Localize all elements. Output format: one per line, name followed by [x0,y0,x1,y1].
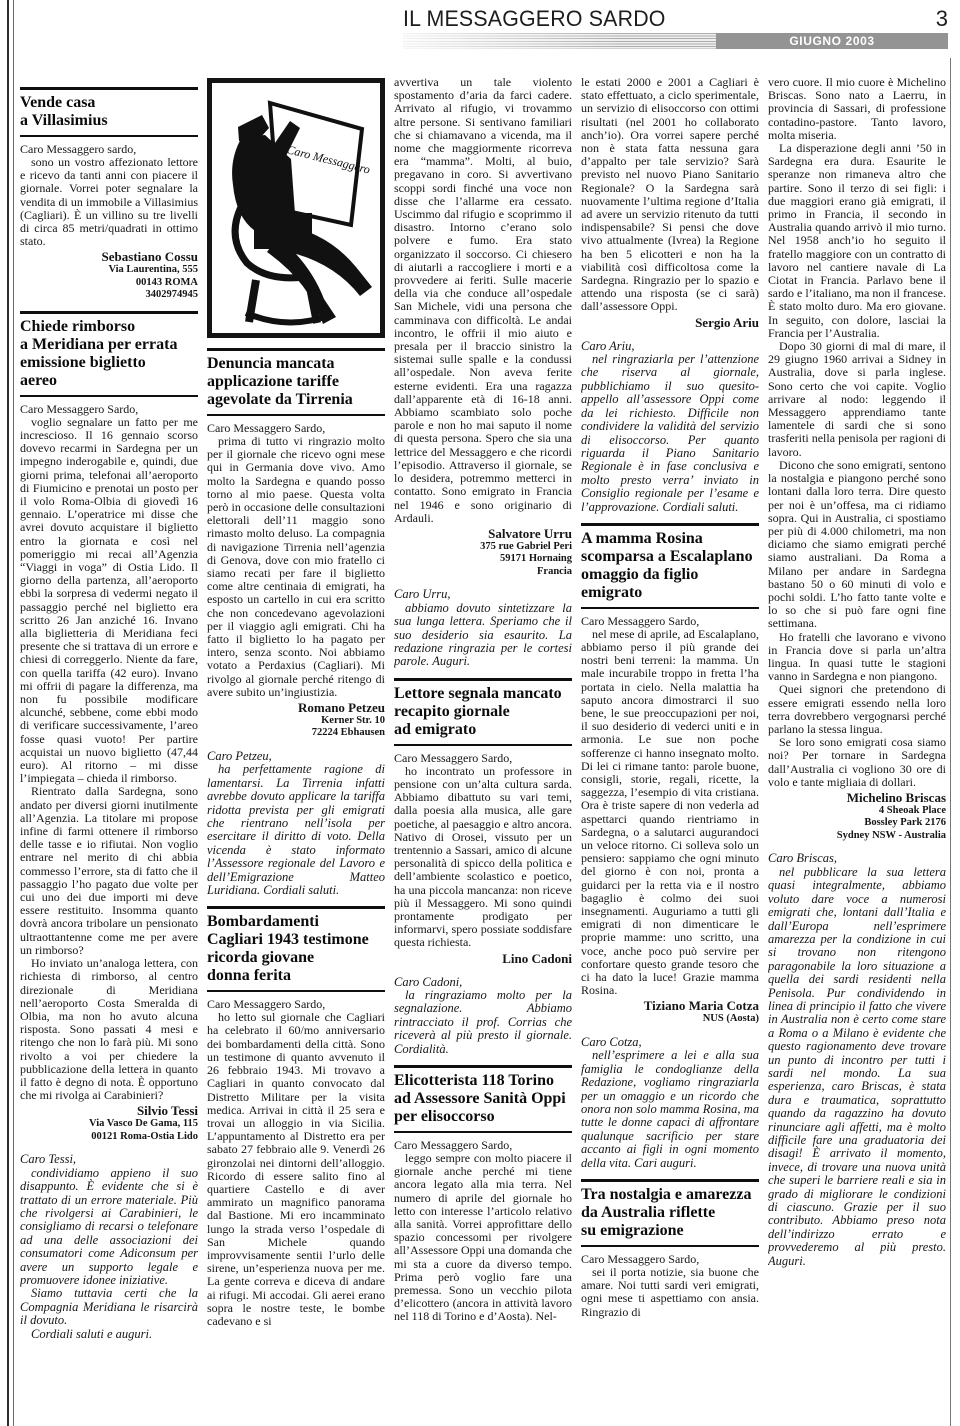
newspaper-column-1: Vende casa a VillasimiusCaro Messaggero … [20,76,198,1426]
editor-reply: Caro Tessi,condividiamo appieno il suo d… [20,1153,198,1341]
letter-paragraph: La disperazione degli anni ’50 in Sardeg… [768,142,946,340]
letter-body-continued: le estati 2000 e 2001 a Cagliari è stato… [581,76,759,314]
letter-body: Caro Messaggero Sardo,leggo sempre con m… [394,1139,572,1324]
newspaper-page: IL MESSAGGERO SARDO 3 GIUGNO 2003 Vende … [0,0,960,1426]
signature-address-line: 59171 Hornaing [394,553,572,566]
letter-body: Caro Messaggero Sardo,voglio segnalare u… [20,403,198,1103]
signature-address-line: 375 rue Gabriel Peri [394,541,572,554]
editor-reply: Caro Briscas,nel pubblicare la sua lette… [768,852,946,1268]
reply-salutation: Caro Cadoni, [394,976,572,989]
article-heading: Lettore segnala mancato recapito giornal… [394,678,572,746]
masthead: IL MESSAGGERO SARDO 3 [403,6,948,32]
page-fold-line-2 [13,0,14,1426]
letter-signature: Romano PetzeuKerner Str. 1072224 Ebhause… [207,700,385,740]
letter-body: Caro Messaggero sardo,sono un vostro aff… [20,143,198,249]
letter-salutation: Caro Messaggero Sardo, [394,752,572,765]
letter-body-continued: avvertiva un tale violento spostamento d… [394,76,572,525]
signature-address-line: Francia [394,566,572,579]
decorative-stripes [403,33,716,49]
letter-paragraph: sono un vostro affezionato lettore e ric… [20,156,198,248]
article-heading: A mamma Rosina scomparsa a Escalaplano o… [581,523,759,609]
letter-body: Caro Messaggero Sardo,sei il porta notiz… [581,1253,759,1319]
letter-salutation: Caro Messaggero Sardo, [394,1139,572,1152]
reply-salutation: Caro Briscas, [768,852,946,865]
letter-paragraph: prima di tutto vi ringrazio molto per il… [207,435,385,699]
reply-salutation: Caro Tessi, [20,1153,198,1166]
letter-paragraph: sei il porta notizie, sia buone che amar… [581,1266,759,1319]
letter-paragraph: Se loro sono emigrati cosa siamo noi? Pe… [768,736,946,789]
letter-salutation: Caro Messaggero Sardo, [207,422,385,435]
article-heading: Denuncia mancata applicazione tariffe ag… [207,348,385,416]
article-heading: Elicotterista 118 Torino ad Assessore Sa… [394,1065,572,1133]
letter-paragraph: ho incontrato un professore in pensione … [394,765,572,950]
article-heading: Bombardamenti Cagliari 1943 testimone ri… [207,906,385,992]
signature-name: Romano Petzeu [207,700,385,715]
letter-signature: Salvatore Urru375 rue Gabriel Peri59171 … [394,526,572,579]
letter-body-continued: vero cuore. Il mio cuore è Michelino Bri… [768,76,946,789]
letter-paragraph: Rientrato dalla Sardegna, sono andato pe… [20,785,198,957]
letter-paragraph: Ho inviato un’analoga lettera, con richi… [20,957,198,1102]
letter-paragraph: avvertiva un tale violento spostamento d… [394,76,572,525]
issue-date-badge: GIUGNO 2003 [716,33,948,49]
letter-paragraph: ho letto sul giornale che Cagliari ha ce… [207,1011,385,1328]
signature-address-line: 00121 Roma-Ostia Lido [20,1131,198,1144]
page-fold-line [7,0,9,1426]
reply-paragraph: nel ringraziarla per l’attenzione che ri… [581,353,759,514]
date-bar: GIUGNO 2003 [403,33,948,49]
editor-reply: Caro Petzeu,ha perfettamente ragione di … [207,750,385,897]
letter-salutation: Caro Messaggero Sardo, [20,403,198,416]
signature-address-line: Bossley Park 2176 [768,817,946,830]
reply-paragraph: la ringraziamo molto per la segnalazione… [394,989,572,1056]
letter-body: Caro Messaggero Sardo,nel mese di aprile… [581,615,759,998]
signature-address-line: Via Vasco De Gama, 115 [20,1118,198,1131]
letter-signature: Sebastiano CossuVia Laurentina, 55500143… [20,249,198,302]
signature-address-line: 4 Sheoak Place [768,805,946,818]
reply-salutation: Caro Urru, [394,588,572,601]
signature-address-line: Via Laurentina, 555 [20,264,198,277]
signature-address-line: Kerner Str. 10 [207,715,385,728]
newspaper-column-5: vero cuore. Il mio cuore è Michelino Bri… [768,76,946,1426]
letter-body: Caro Messaggero Sardo,ho letto sul giorn… [207,998,385,1328]
letter-salutation: Caro Messaggero Sardo, [581,1253,759,1266]
editor-reply: Caro Cotza,nell’esprimere a lei e alla s… [581,1036,759,1170]
letter-signature: Michelino Briscas4 Sheoak PlaceBossley P… [768,790,946,843]
letter-signature: Silvio TessiVia Vasco De Gama, 11500121 … [20,1103,198,1143]
signature-name: Michelino Briscas [768,790,946,805]
signature-name: Sebastiano Cossu [20,249,198,264]
reply-paragraph: nel pubblicare la sua lettera quasi inte… [768,866,946,1268]
page-number: 3 [936,6,948,32]
newspaper-column-3: avvertiva un tale violento spostamento d… [394,76,572,1426]
newspaper-column-2: Caro Messaggero Denuncia mancata applica… [207,76,385,1426]
signature-address-line: Sydney NSW - Australia [768,830,946,843]
article-heading: Chiede rimborso a Meridiana per errata e… [20,311,198,397]
letter-paragraph: nel mese di aprile, ad Escalaplano, abbi… [581,628,759,998]
reply-paragraph: nell’esprimere a lei e alla sua famiglia… [581,1049,759,1170]
letter-paragraph: voglio segnalare un fatto per me incresc… [20,416,198,786]
signature-address-line: 3402974945 [20,289,198,302]
signature-name: Silvio Tessi [20,1103,198,1118]
editor-reply: Caro Urru,abbiamo dovuto sintetizzare la… [394,588,572,668]
signature-address-line: NUS (Aosta) [581,1013,759,1026]
reply-paragraph: ha perfettamente ragione di lamentarsi. … [207,763,385,897]
letter-paragraph: Ho fratelli che lavorano e vivono in Fra… [768,631,946,684]
letter-paragraph: vero cuore. Il mio cuore è Michelino Bri… [768,76,946,142]
page-right-rule [950,58,951,1426]
letter-signature: Lino Cadoni [394,951,572,966]
letters-columns: Vende casa a VillasimiusCaro Messaggero … [20,76,948,1426]
letter-paragraph: le estati 2000 e 2001 a Cagliari è stato… [581,76,759,314]
reply-salutation: Caro Ariu, [581,340,759,353]
letter-paragraph: leggo sempre con molto piacere il giorna… [394,1152,572,1324]
signature-name: Sergio Ariu [581,315,759,330]
letter-salutation: Caro Messaggero Sardo, [581,615,759,628]
reply-paragraph: Siamo tuttavia certi che la Compagnia Me… [20,1287,198,1327]
man-reading-newspaper-icon: Caro Messaggero [212,83,380,333]
editor-reply: Caro Ariu,nel ringraziarla per l’attenzi… [581,340,759,514]
article-heading: Vende casa a Villasimius [20,87,198,137]
article-heading: Tra nostalgia e amarezza da Australia ri… [581,1179,759,1247]
editor-reply: Caro Cadoni,la ringraziamo molto per la … [394,976,572,1056]
signature-address-line: 00143 ROMA [20,277,198,290]
letter-signature: Tiziano Maria CotzaNUS (Aosta) [581,998,759,1026]
reader-illustration: Caro Messaggero [207,78,385,338]
newspaper-title: IL MESSAGGERO SARDO [403,6,666,32]
signature-name: Tiziano Maria Cotza [581,998,759,1013]
reply-salutation: Caro Petzeu, [207,750,385,763]
letter-paragraph: Dicono che sono emigrati, sentono la nos… [768,459,946,631]
letter-signature: Sergio Ariu [581,315,759,330]
letter-paragraph: Quei signori che pretendono di essere em… [768,683,946,736]
letter-body: Caro Messaggero Sardo,prima di tutto vi … [207,422,385,699]
letter-body: Caro Messaggero Sardo,ho incontrato un p… [394,752,572,950]
letter-paragraph: Dopo 30 giorni di mal di mare, il 29 giu… [768,340,946,459]
reply-paragraph: Cordiali saluti e auguri. [20,1328,198,1341]
signature-address-line: 72224 Ebhausen [207,727,385,740]
reply-paragraph: abbiamo dovuto sintetizzare la sua lunga… [394,602,572,669]
reply-paragraph: condividiamo appieno il suo disappunto. … [20,1167,198,1288]
signature-name: Lino Cadoni [394,951,572,966]
signature-name: Salvatore Urru [394,526,572,541]
reply-salutation: Caro Cotza, [581,1036,759,1049]
newspaper-column-4: le estati 2000 e 2001 a Cagliari è stato… [581,76,759,1426]
